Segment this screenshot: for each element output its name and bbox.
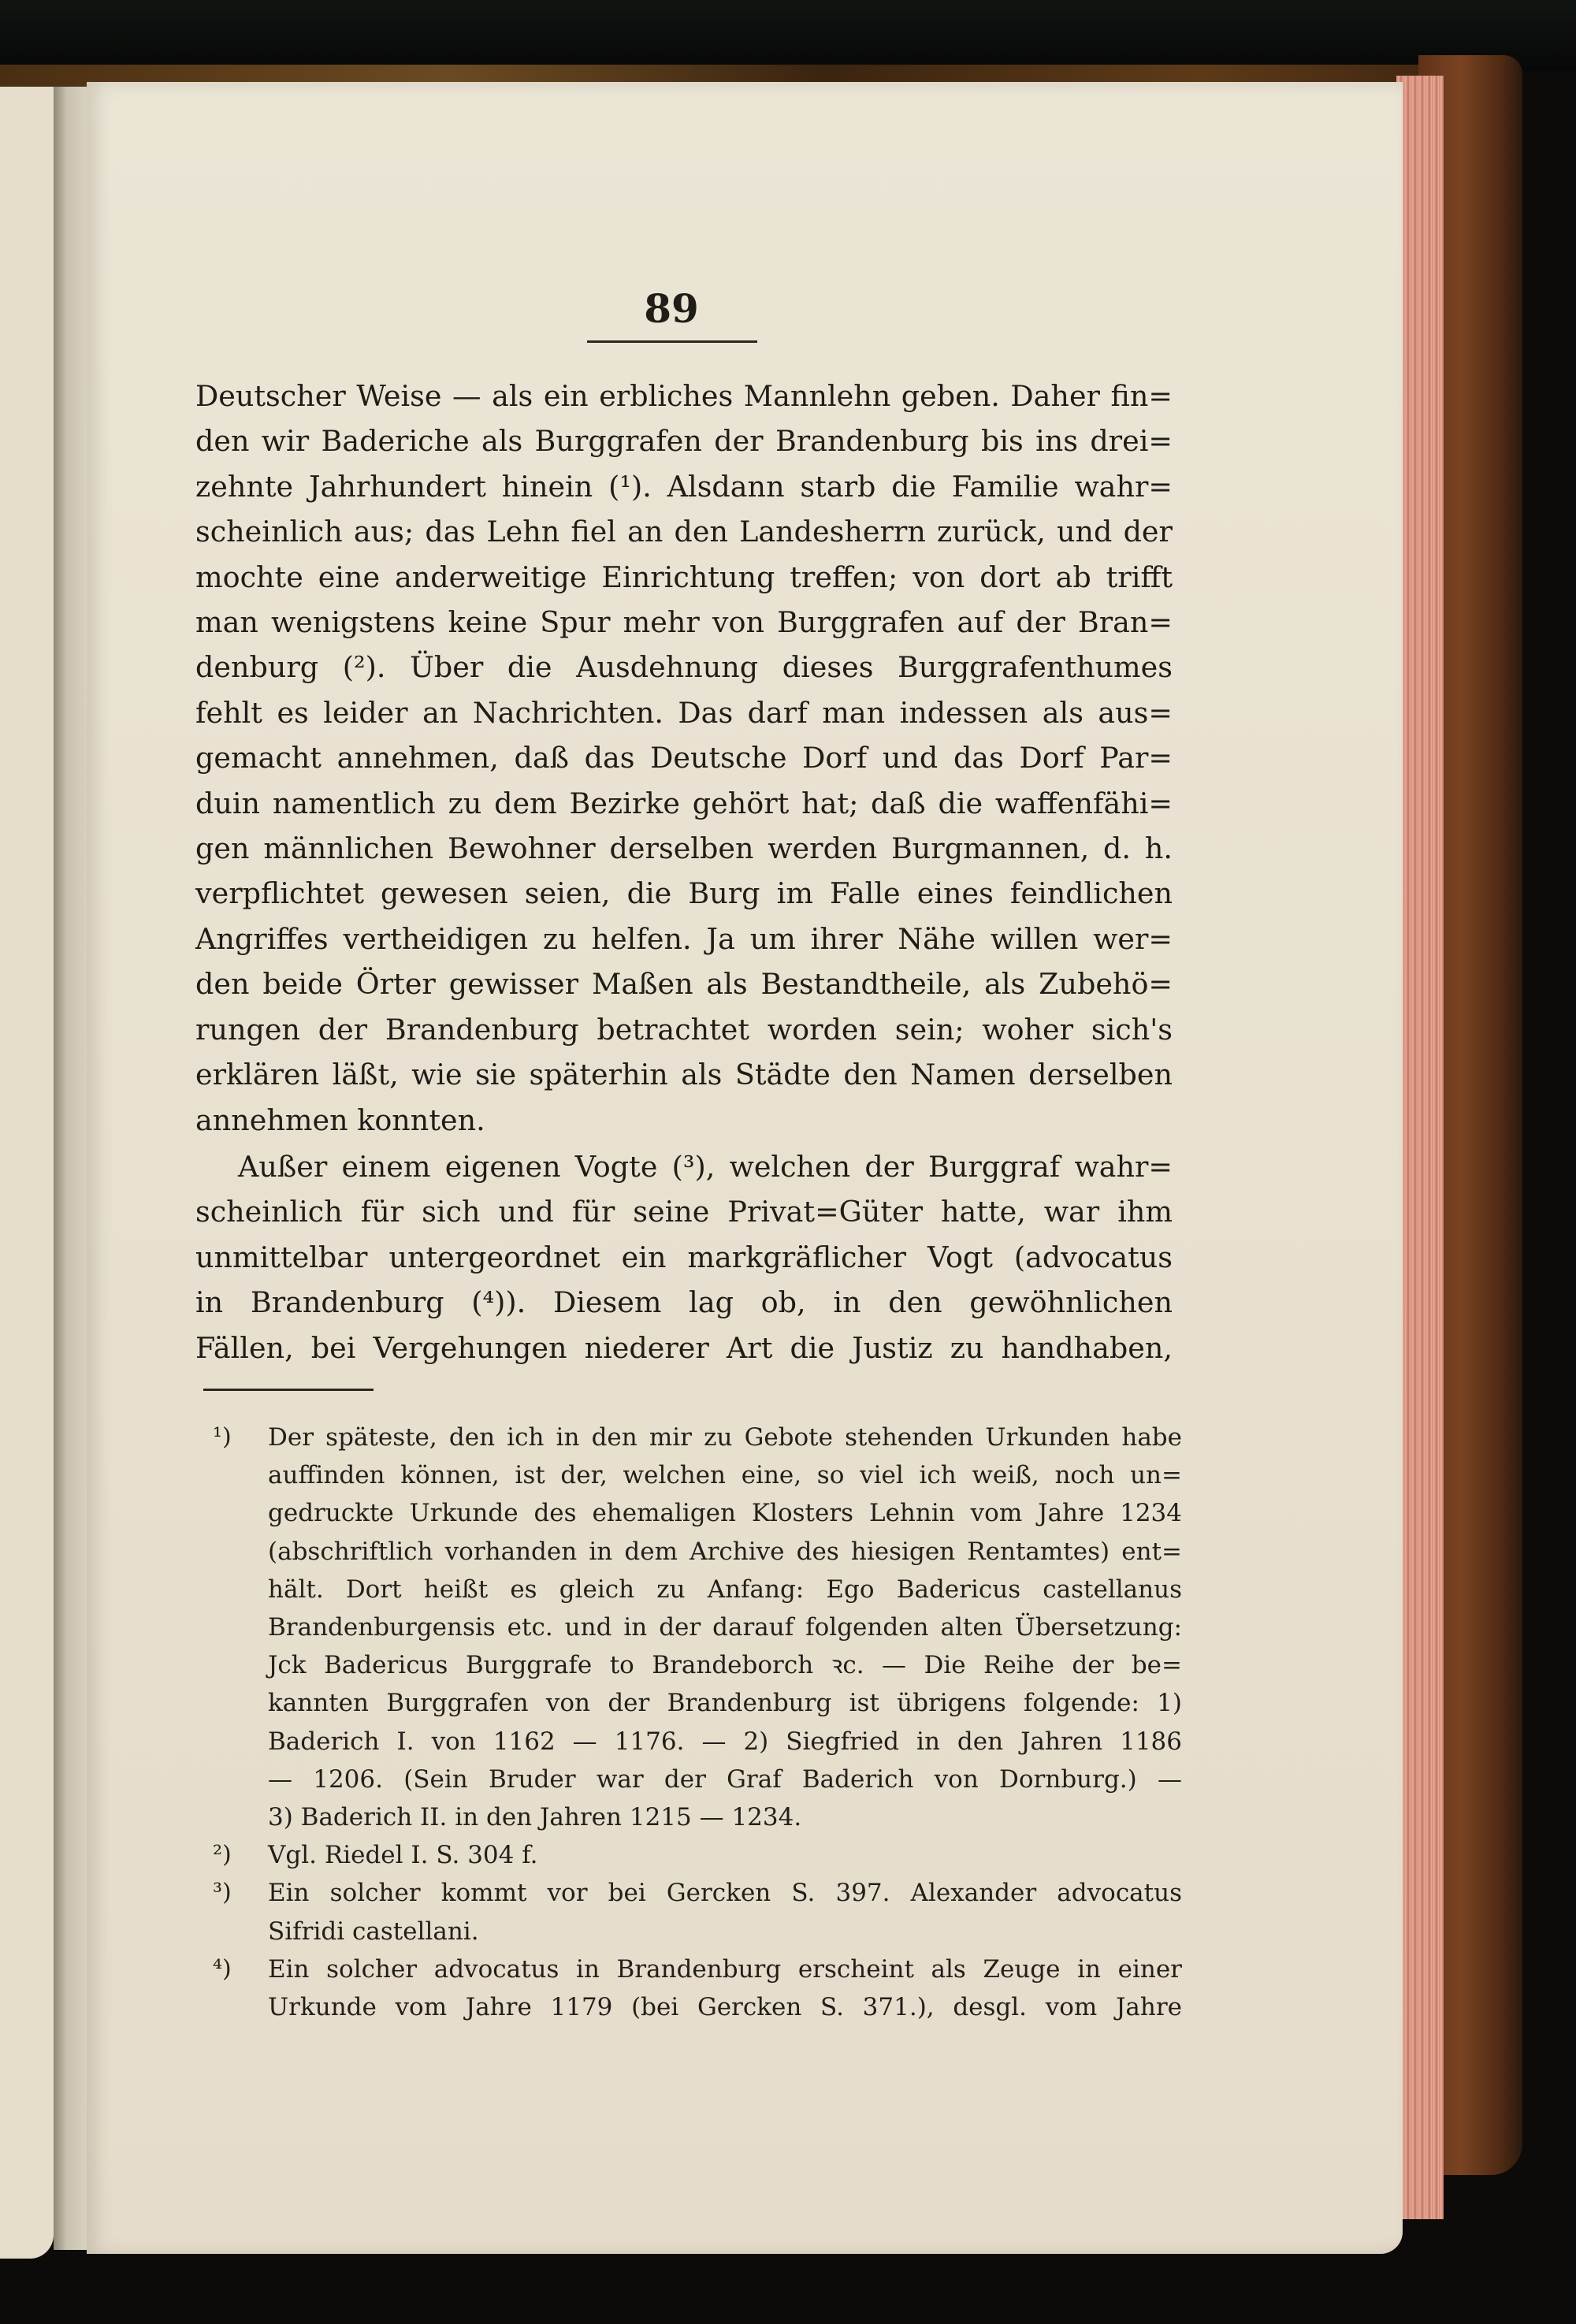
text-line: verpflichtet gewesen seien, die Burg im … (195, 871, 1173, 916)
text-line: duin namentlich zu dem Bezirke gehört ha… (195, 781, 1173, 826)
text-line: zehnte Jahrhundert hinein (¹). Alsdann s… (195, 464, 1173, 509)
footnote-line: (abschriftlich vorhanden in dem Archive … (268, 1533, 1182, 1571)
footnote-2: ²) Vgl. Riedel I. S. 304 f. (213, 1836, 1182, 1874)
text-line: mochte eine anderweitige Einrichtung tre… (195, 555, 1173, 600)
text-line: den beide Örter gewisser Maßen als Besta… (195, 961, 1173, 1006)
footnote-line: gedruckte Urkunde des ehemaligen Kloster… (268, 1494, 1182, 1532)
text-line: Angriffes vertheidigen zu helfen. Ja um … (195, 917, 1173, 961)
footnote-marker: ³) (213, 1874, 232, 1912)
footnote-line: hält. Dort heißt es gleich zu Anfang: Eg… (268, 1571, 1182, 1608)
footnotes: ¹) Der späteste, den ich in den mir zu G… (213, 1419, 1182, 2026)
footnote-line: auffinden können, ist der, welchen eine,… (268, 1456, 1182, 1494)
book-gutter (54, 87, 87, 2250)
scan-background-top (0, 0, 1576, 71)
footnote-marker: ²) (213, 1836, 232, 1874)
text-line: denburg (²). Über die Ausdehnung dieses … (195, 645, 1173, 690)
text-line: gen männlichen Bewohner derselben werden… (195, 826, 1173, 871)
page-number-rule (587, 340, 757, 343)
footnote-line: Ein solcher advocatus in Brandenburg ers… (268, 1950, 1182, 1988)
page-number: 89 (585, 285, 758, 332)
paragraph-2: Außer einem eigenen Vogte (³), welchen d… (195, 1144, 1173, 1370)
text-line: den wir Baderiche als Burggrafen der Bra… (195, 418, 1173, 463)
footnote-3: ³) Ein solcher kommt vor bei Gercken S. … (213, 1874, 1182, 1950)
footnote-line: kannten Burggrafen von der Brandenburg i… (268, 1684, 1182, 1722)
text-line: rungen der Brandenburg betrachtet worden… (195, 1007, 1173, 1052)
footnote-line: Jck Badericus Burggrafe to Brandeborch ꝛ… (268, 1646, 1182, 1684)
footnote-line: 3) Baderich II. in den Jahren 1215 — 123… (268, 1798, 1182, 1836)
text-line: erklären läßt, wie sie späterhin als Stä… (195, 1052, 1173, 1097)
footnote-line: Urkunde vom Jahre 1179 (bei Gercken S. 3… (268, 1988, 1182, 2026)
footnote-line: Der späteste, den ich in den mir zu Gebo… (268, 1419, 1182, 1456)
text-line: unmittelbar untergeordnet ein markgräfli… (195, 1235, 1173, 1280)
footnote-line: Brandenburgensis etc. und in der darauf … (268, 1608, 1182, 1646)
footnote-separator (203, 1389, 374, 1391)
footnote-marker: ¹) (213, 1419, 232, 1456)
text-line: annehmen konnten. (195, 1098, 1173, 1143)
text-line: in Brandenburg (⁴)). Diesem lag ob, in d… (195, 1280, 1173, 1325)
footnote-line: — 1206. (Sein Bruder war der Graf Baderi… (268, 1761, 1182, 1798)
text-line: Deutscher Weise — als ein erbliches Mann… (195, 374, 1173, 418)
body-text: Deutscher Weise — als ein erbliches Mann… (195, 374, 1173, 1370)
text-line: Außer einem eigenen Vogte (³), welchen d… (195, 1144, 1173, 1189)
text-line: Fällen, bei Vergehungen niederer Art die… (195, 1326, 1173, 1370)
page-block-edges (1396, 76, 1444, 2219)
footnote-line: Vgl. Riedel I. S. 304 f. (268, 1836, 1182, 1874)
facing-page-sliver (0, 87, 54, 2259)
text-line: man wenigstens keine Spur mehr von Burgg… (195, 600, 1173, 645)
paragraph-1: Deutscher Weise — als ein erbliches Mann… (195, 374, 1173, 1143)
footnote-marker: ⁴) (213, 1950, 232, 1988)
text-line: gemacht annehmen, daß das Deutsche Dorf … (195, 735, 1173, 780)
footnote-4: ⁴) Ein solcher advocatus in Brandenburg … (213, 1950, 1182, 2026)
text-line: scheinlich für sich und für seine Privat… (195, 1189, 1173, 1234)
footnote-line: Baderich I. von 1162 — 1176. — 2) Siegfr… (268, 1723, 1182, 1761)
footnote-1: ¹) Der späteste, den ich in den mir zu G… (213, 1419, 1182, 1836)
text-line: scheinlich aus; das Lehn fiel an den Lan… (195, 509, 1173, 554)
footnote-line: Ein solcher kommt vor bei Gercken S. 397… (268, 1874, 1182, 1912)
footnote-line: Sifridi castellani. (268, 1913, 1182, 1950)
text-line: fehlt es leider an Nachrichten. Das darf… (195, 690, 1173, 735)
